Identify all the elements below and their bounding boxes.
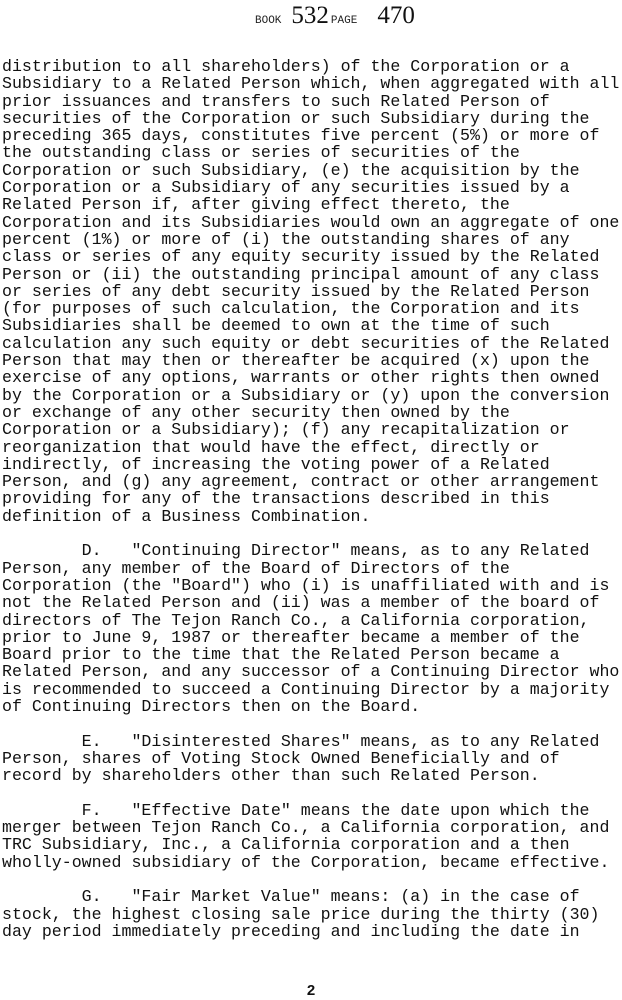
text-line: Corporation (the "Board") who (i) is una… — [2, 577, 622, 594]
text-line: Related Person if, after giving effect t… — [2, 196, 622, 213]
paragraph-spacer — [2, 784, 622, 801]
text-line: Person that may then or thereafter be ac… — [2, 352, 622, 369]
text-line: definition of a Business Combination. — [2, 508, 622, 525]
text-line: Subsidiaries shall be deemed to own at t… — [2, 317, 622, 334]
text-line: F. "Effective Date" means the date upon … — [2, 802, 622, 819]
text-line: day period immediately preceding and inc… — [2, 923, 622, 940]
paragraph-section-g: G. "Fair Market Value" means: (a) in the… — [2, 888, 622, 940]
text-line: G. "Fair Market Value" means: (a) in the… — [2, 888, 622, 905]
text-line: indirectly, of increasing the voting pow… — [2, 456, 622, 473]
paragraph-spacer — [2, 871, 622, 888]
text-line: Person, shares of Voting Stock Owned Ben… — [2, 750, 622, 767]
paragraph-section-e: E. "Disinterested Shares" means, as to a… — [2, 733, 622, 785]
text-line: merger between Tejon Ranch Co., a Califo… — [2, 819, 622, 836]
text-line: reorganization that would have the effec… — [2, 439, 622, 456]
text-line: providing for any of the transactions de… — [2, 490, 622, 507]
text-line: percent (1%) or more of (i) the outstand… — [2, 231, 622, 248]
text-line: calculation any such equity or debt secu… — [2, 335, 622, 352]
paragraph-spacer — [2, 525, 622, 542]
text-line: or series of any debt security issued by… — [2, 283, 622, 300]
book-label: BOOK — [255, 15, 281, 27]
text-line: Corporation or a Subsidiary); (f) any re… — [2, 421, 622, 438]
text-line: by the Corporation or a Subsidiary or (y… — [2, 387, 622, 404]
text-line: Corporation or such Subsidiary, (e) the … — [2, 162, 622, 179]
text-line: distribution to all shareholders) of the… — [2, 58, 622, 75]
text-line: wholly-owned subsidiary of the Corporati… — [2, 854, 622, 871]
text-line: is recommended to succeed a Continuing D… — [2, 681, 622, 698]
book-page-stamp: BOOK 532 PAGE 470 — [255, 2, 415, 32]
text-line: securities of the Corporation or such Su… — [2, 110, 622, 127]
text-line: Person, any member of the Board of Direc… — [2, 560, 622, 577]
text-line: TRC Subsidiary, Inc., a California corpo… — [2, 836, 622, 853]
text-line: Board prior to the time that the Related… — [2, 646, 622, 663]
text-line: stock, the highest closing sale price du… — [2, 906, 622, 923]
paragraph-spacer — [2, 715, 622, 732]
paragraph-section-d: D. "Continuing Director" means, as to an… — [2, 542, 622, 715]
text-line: preceding 365 days, constitutes five per… — [2, 127, 622, 144]
text-line: or exchange of any other security then o… — [2, 404, 622, 421]
document-body: distribution to all shareholders) of the… — [2, 58, 622, 940]
text-line: not the Related Person and (ii) was a me… — [2, 594, 622, 611]
text-line: D. "Continuing Director" means, as to an… — [2, 542, 622, 559]
text-line: Person, and (g) any agreement, contract … — [2, 473, 622, 490]
text-line: of Continuing Directors then on the Boar… — [2, 698, 622, 715]
page-label: PAGE — [331, 15, 357, 27]
text-line: exercise of any options, warrants or oth… — [2, 369, 622, 386]
text-line: prior issuances and transfers to such Re… — [2, 93, 622, 110]
text-line: Person or (ii) the outstanding principal… — [2, 266, 622, 283]
text-line: Corporation and its Subsidiaries would o… — [2, 214, 622, 231]
page-number-footer: 2 — [0, 983, 622, 1000]
book-number: 532 — [291, 2, 329, 30]
text-line: (for purposes of such calculation, the C… — [2, 300, 622, 317]
paragraph-section-f: F. "Effective Date" means the date upon … — [2, 802, 622, 871]
text-line: prior to June 9, 1987 or thereafter beca… — [2, 629, 622, 646]
text-line: class or series of any equity security i… — [2, 248, 622, 265]
text-line: Related Person, and any successor of a C… — [2, 663, 622, 680]
paragraph-continuation: distribution to all shareholders) of the… — [2, 58, 622, 525]
text-line: record by shareholders other than such R… — [2, 767, 622, 784]
text-line: directors of The Tejon Ranch Co., a Cali… — [2, 612, 622, 629]
text-line: Subsidiary to a Related Person which, wh… — [2, 75, 622, 92]
text-line: Corporation or a Subsidiary of any secur… — [2, 179, 622, 196]
text-line: E. "Disinterested Shares" means, as to a… — [2, 733, 622, 750]
stamp-page-number: 470 — [377, 2, 415, 30]
text-line: the outstanding class or series of secur… — [2, 144, 622, 161]
